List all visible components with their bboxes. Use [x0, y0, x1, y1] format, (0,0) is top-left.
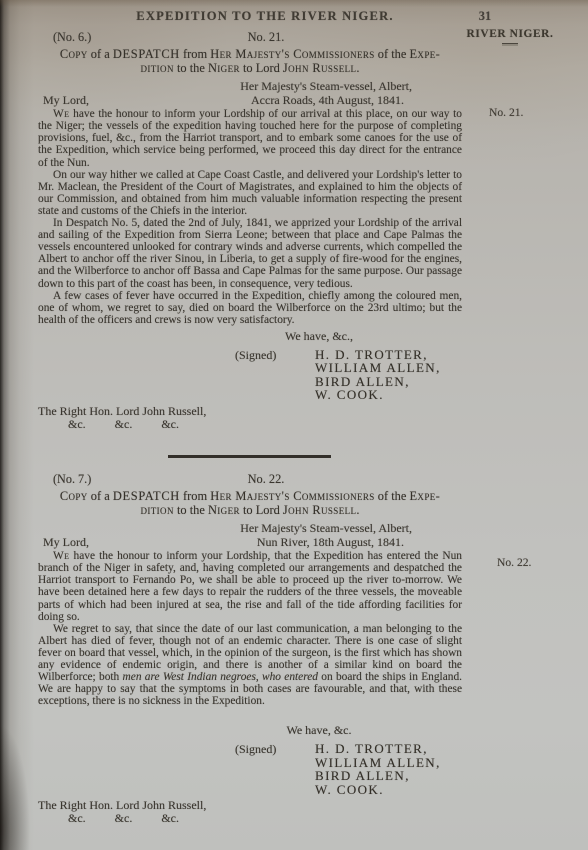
margin-note-no21: No. 21.	[489, 106, 523, 119]
dateline-vessel: Her Majesty's Steam-vessel, Albert,	[38, 80, 462, 94]
valediction: We have, &c.	[107, 723, 531, 738]
margin-note-no22: No. 22.	[497, 556, 531, 569]
addressee: The Right Hon. Lord John Russell,	[38, 405, 462, 418]
despatch-heading-line1: Copy of a DESPATCH from Her Majesty's Co…	[38, 48, 462, 62]
valediction: We have, &c.,	[107, 329, 531, 344]
despatch-number: No. 22.	[54, 472, 478, 487]
despatch-number: No. 21.	[54, 30, 478, 45]
letter-body: We have the honour to inform your Lordsh…	[38, 550, 462, 707]
addressee-etc: &c. &c. &c.	[68, 418, 462, 430]
despatch-label-row: (No. 6.) No. 21.	[38, 30, 462, 44]
signature-name: W. COOK.	[315, 388, 441, 401]
salutation-row: My Lord, Accra Roads, 4th August, 1841.	[38, 94, 462, 108]
signature-name: H. D. TROTTER,	[315, 348, 441, 361]
despatch-heading-line1: Copy of a DESPATCH from Her Majesty's Co…	[38, 490, 462, 504]
signed-label: (Signed)	[235, 348, 315, 402]
body-paragraph: On our way hither we called at Cape Coas…	[38, 169, 462, 217]
despatch-heading-line2: dition to the Niger to Lord John Russell…	[38, 62, 462, 76]
signature-names: H. D. TROTTER, WILLIAM ALLEN, BIRD ALLEN…	[315, 742, 441, 796]
despatch-label-row: (No. 7.) No. 22.	[38, 472, 462, 486]
signature-name: H. D. TROTTER,	[315, 742, 441, 755]
scanned-book-page: EXPEDITION TO THE RIVER NIGER. 31 RIVER …	[0, 0, 588, 850]
despatch-heading: Copy of a DESPATCH from Her Majesty's Co…	[38, 48, 462, 75]
salutation-row: My Lord, Nun River, 18th August, 1841.	[38, 536, 462, 550]
running-title: EXPEDITION TO THE RIVER NIGER.	[100, 9, 430, 24]
body-paragraph: A few cases of fever have occurred in th…	[38, 290, 462, 326]
body-paragraph: We regret to say, that since the date of…	[38, 623, 462, 708]
salutation: My Lord,	[43, 94, 89, 108]
signature-name: WILLIAM ALLEN,	[315, 756, 441, 769]
signature-names: H. D. TROTTER, WILLIAM ALLEN, BIRD ALLEN…	[315, 348, 441, 402]
salutation: My Lord,	[43, 536, 89, 550]
signed-label: (Signed)	[235, 742, 315, 796]
signature-name: BIRD ALLEN,	[315, 769, 441, 782]
despatch-heading: Copy of a DESPATCH from Her Majesty's Co…	[38, 490, 462, 517]
section-divider	[168, 455, 331, 458]
despatch-heading-line2: dition to the Niger to Lord John Russell…	[38, 504, 462, 518]
body-paragraph: In Despatch No. 5, dated the 2nd of July…	[38, 217, 462, 290]
page-number: 31	[472, 9, 498, 24]
addressee-etc: &c. &c. &c.	[68, 812, 462, 824]
dateline-place-date: Accra Roads, 4th August, 1841.	[251, 94, 462, 108]
dateline-place-date: Nun River, 18th August, 1841.	[257, 536, 462, 550]
letter-body: We have the honour to inform your Lordsh…	[38, 108, 462, 326]
despatch-no21: (No. 6.) No. 21. Copy of a DESPATCH from…	[38, 30, 462, 430]
signature-block: (Signed) H. D. TROTTER, WILLIAM ALLEN, B…	[38, 348, 462, 402]
signature-name: W. COOK.	[315, 783, 441, 796]
margin-running-head-rule	[502, 43, 518, 46]
dateline-vessel: Her Majesty's Steam-vessel, Albert,	[38, 522, 462, 536]
signature-name: BIRD ALLEN,	[315, 375, 441, 388]
signature-name: WILLIAM ALLEN,	[315, 361, 441, 374]
signature-block: (Signed) H. D. TROTTER, WILLIAM ALLEN, B…	[38, 742, 462, 796]
despatch-no22: (No. 7.) No. 22. Copy of a DESPATCH from…	[38, 472, 462, 824]
body-paragraph: We have the honour to inform your Lordsh…	[38, 550, 462, 623]
body-paragraph: We have the honour to inform your Lordsh…	[38, 108, 462, 168]
